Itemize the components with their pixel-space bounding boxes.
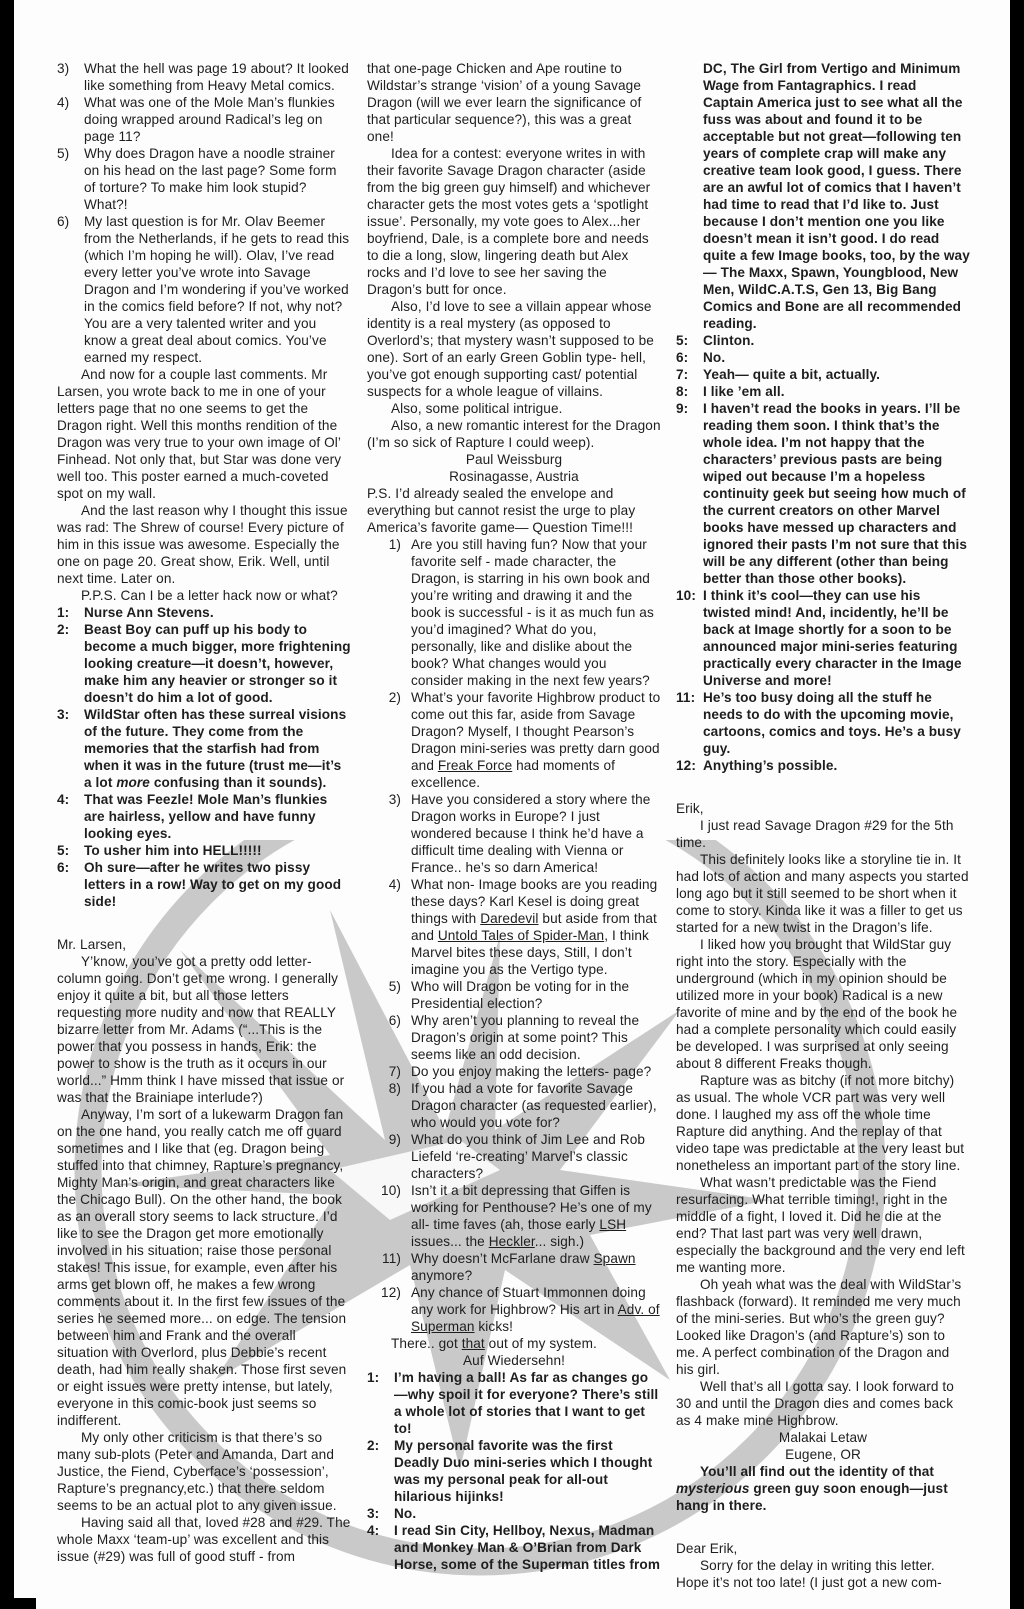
list-item-number: 8: [676,383,688,400]
text-block: 1:I’m having a ball! As far as changes g… [367,1369,661,1437]
text-run: that one-page Chicken and Ape routine to… [367,61,641,144]
list-item-number: 8) [367,1080,401,1097]
text-block: 2:My personal favorite was the first Dea… [367,1437,661,1505]
text-run: Dear Erik, [676,1541,737,1556]
page-edge-bar-left [0,0,14,1609]
text-block: I just read Savage Dragon #29 for the 5t… [676,817,970,851]
text-block: Mr. Larsen, [57,936,351,953]
text-run: If you had a vote for favorite Savage Dr… [411,1081,657,1130]
text-block: 10:I think it’s cool—they can use his tw… [676,587,970,689]
text-run: And the last reason why I thought this i… [57,503,348,586]
page-edge-bar-right [1010,0,1024,1609]
text-run: He’s too busy doing all the stuff he nee… [703,690,961,756]
text-block: And the last reason why I thought this i… [57,502,351,587]
text-run: What do you think of Jim Lee and Rob Lie… [411,1132,645,1181]
text-run: No. [394,1506,416,1521]
text-run: Y’know, you’ve got a pretty odd letter-c… [57,954,344,1105]
list-item-number: 6: [57,859,69,876]
text-block: 3)What the hell was page 19 about? It lo… [57,60,351,94]
text-block: that one-page Chicken and Ape routine to… [367,60,661,145]
text-block: Also, a new romantic interest for the Dr… [367,417,661,451]
text-run: Have you considered a story where the Dr… [411,792,650,875]
text-run: To usher him into HELL!!!!! [84,843,262,858]
text-run: What non- Image books are you reading th… [411,877,657,977]
text-block: 4:I read Sin City, Hellboy, Nexus, Madma… [367,1522,661,1573]
text-block: Malakai Letaw [676,1429,970,1446]
text-block: 2)What’s your favorite Highbrow product … [367,689,661,791]
text-run: Why aren’t you planning to reveal the Dr… [411,1013,639,1062]
text-run: Rapture was as bitchy (if not more bitch… [676,1073,964,1173]
text-run: Any chance of Stuart Immonnen doing any … [411,1285,660,1334]
text-block: Erik, [676,800,970,817]
paragraph-spacer [57,910,351,936]
list-item-number: 3: [367,1505,379,1522]
text-block: 3)Have you considered a story where the … [367,791,661,876]
text-block: 7:Yeah— quite a bit, actually. [676,366,970,383]
list-item-number: 3: [57,706,69,723]
text-block: Dear Erik, [676,1540,970,1557]
list-item-number: 4: [367,1522,379,1539]
text-run: Also, I’d love to see a villain appear w… [367,299,654,399]
text-block: 6:No. [676,349,970,366]
text-run: What’s your favorite Highbrow product to… [411,690,660,790]
text-block: Paul Weissburg [367,451,661,468]
text-run: And now for a couple last comments. Mr L… [57,367,341,501]
text-run: You’ll all find out the identity of that… [676,1464,948,1513]
text-block: Rapture was as bitchy (if not more bitch… [676,1072,970,1174]
text-block: 12:Anything’s possible. [676,757,970,774]
text-block: Also, some political intrigue. [367,400,661,417]
text-block: 6)My last question is for Mr. Olav Beeme… [57,213,351,366]
text-run: Auf Wiedersehn! [463,1353,565,1368]
text-block: 7)Do you enjoy making the letters- page? [367,1063,661,1080]
text-run: Isn’t it a bit depressing that Giffen is… [411,1183,652,1249]
list-item-number: 7: [676,366,688,383]
text-column-center: that one-page Chicken and Ape routine to… [367,60,661,1573]
text-block: P.S. I’d already sealed the envelope and… [367,485,661,536]
paragraph-spacer [676,774,970,800]
text-block: Eugene, OR [676,1446,970,1463]
text-block: This definitely looks like a storyline t… [676,851,970,936]
text-block: 11:He’s too busy doing all the stuff he … [676,689,970,757]
text-run: Also, a new romantic interest for the Dr… [367,418,661,450]
list-item-number: 12: [676,757,696,774]
text-run: My personal favorite was the first Deadl… [394,1438,652,1504]
text-run: That was Feezle! Mole Man’s flunkies are… [84,792,327,841]
text-run: I like ’em all. [703,384,785,399]
text-run: My last question is for Mr. Olav Beemer … [84,214,349,365]
list-item-number: 5) [367,978,401,995]
text-run: Yeah— quite a bit, actually. [703,367,880,382]
list-item-number: 1: [367,1369,379,1386]
text-run: I liked how you brought that WildStar gu… [676,937,957,1071]
text-block: Sorry for the delay in writing this lett… [676,1557,970,1591]
list-item-number: 9) [367,1131,401,1148]
list-item-number: 2: [367,1437,379,1454]
text-run: Oh sure—after he writes two pissy letter… [84,860,341,909]
text-block: Rosinagasse, Austria [367,468,661,485]
text-block: 8:I like ’em all. [676,383,970,400]
text-block: Oh yeah what was the deal with WildStar’… [676,1276,970,1378]
text-run: DC, The Girl from Vertigo and Minimum Wa… [703,61,970,331]
text-block: I liked how you brought that WildStar gu… [676,936,970,1072]
list-item-number: 9: [676,400,688,417]
text-block: My only other criticism is that there’s … [57,1429,351,1514]
text-run: Oh yeah what was the deal with WildStar’… [676,1277,961,1377]
text-block: 11)Why doesn’t McFarlane draw Spawn anym… [367,1250,661,1284]
text-block: DC, The Girl from Vertigo and Minimum Wa… [676,60,970,332]
paragraph-spacer [676,1514,970,1540]
text-run: No. [703,350,725,365]
text-run: What wasn’t predictable was the Fiend re… [676,1175,965,1275]
list-item-number: 6: [676,349,688,366]
text-run: Beast Boy can puff up his body to become… [84,622,351,705]
text-block: 6:Oh sure—after he writes two pissy lett… [57,859,351,910]
list-item-number: 3) [367,791,401,808]
text-run: Idea for a contest: everyone writes in w… [367,146,650,297]
text-run: P.P.S. Can I be a letter hack now or wha… [81,588,338,603]
list-item-number: 2) [367,689,401,706]
list-item-number: 12) [367,1284,401,1301]
text-block: P.P.S. Can I be a letter hack now or wha… [57,587,351,604]
text-run: I just read Savage Dragon #29 for the 5t… [676,818,953,850]
text-run: Anything’s possible. [703,758,837,773]
text-block: 8)If you had a vote for favorite Savage … [367,1080,661,1131]
text-run: Why doesn’t McFarlane draw Spawn anymore… [411,1251,636,1283]
text-run: I haven’t read the books in years. I’ll … [703,401,967,586]
list-item-number: 10: [676,587,696,604]
text-run: I think it’s cool—they can use his twist… [703,588,962,688]
text-column-right: DC, The Girl from Vertigo and Minimum Wa… [676,60,970,1591]
text-run: What the hell was page 19 about? It look… [84,61,349,93]
text-block: 1:Nurse Ann Stevens. [57,604,351,621]
list-item-number: 6) [57,213,69,230]
text-block: Y’know, you’ve got a pretty odd letter-c… [57,953,351,1106]
text-run: Eugene, OR [785,1447,861,1462]
text-run: WildStar often has these surreal visions… [84,707,346,790]
text-run: I read Sin City, Hellboy, Nexus, Madman … [394,1523,660,1572]
text-run: Why does Dragon have a noodle strainer o… [84,146,337,212]
text-run: Nurse Ann Stevens. [84,605,214,620]
text-run: My only other criticism is that there’s … [57,1430,337,1513]
text-run: Erik, [676,801,704,816]
list-item-number: 1) [367,536,401,553]
text-block: And now for a couple last comments. Mr L… [57,366,351,502]
text-run: Rosinagasse, Austria [449,469,579,484]
text-run: Who will Dragon be voting for in the Pre… [411,979,629,1011]
text-run: Do you enjoy making the letters- page? [411,1064,651,1079]
list-item-number: 2: [57,621,69,638]
text-block: Idea for a contest: everyone writes in w… [367,145,661,298]
text-run: Well that’s all I gotta say. I look forw… [676,1379,954,1428]
list-item-number: 10) [367,1182,401,1199]
text-block: 5:Clinton. [676,332,970,349]
text-run: Malakai Letaw [779,1430,867,1445]
list-item-number: 4: [57,791,69,808]
list-item-number: 5: [57,842,69,859]
list-item-number: 5: [676,332,688,349]
list-item-number: 4) [57,94,69,111]
text-run: P.S. I’d already sealed the envelope and… [367,486,635,535]
text-block: 5)Who will Dragon be voting for in the P… [367,978,661,1012]
text-block: 4:That was Feezle! Mole Man’s flunkies a… [57,791,351,842]
text-block: 6)Why aren’t you planning to reveal the … [367,1012,661,1063]
text-block: 5)Why does Dragon have a noodle strainer… [57,145,351,213]
text-block: 9)What do you think of Jim Lee and Rob L… [367,1131,661,1182]
text-run: I’m having a ball! As far as changes go—… [394,1370,658,1436]
text-block: What wasn’t predictable was the Fiend re… [676,1174,970,1276]
text-run: Paul Weissburg [466,452,562,467]
text-block: 1)Are you still having fun? Now that you… [367,536,661,689]
text-run: Sorry for the delay in writing this lett… [676,1558,942,1590]
text-block: 3:No. [367,1505,661,1522]
list-item-number: 11: [676,689,695,706]
text-block: 2:Beast Boy can puff up his body to beco… [57,621,351,706]
text-block: 5:To usher him into HELL!!!!! [57,842,351,859]
text-run: This definitely looks like a storyline t… [676,852,969,935]
text-block: Having said all that, loved #28 and #29.… [57,1514,351,1565]
list-item-number: 1: [57,604,69,621]
text-run: Clinton. [703,333,754,348]
text-block: Auf Wiedersehn! [367,1352,661,1369]
list-item-number: 5) [57,145,69,162]
text-block: Also, I’d love to see a villain appear w… [367,298,661,400]
text-run: What was one of the Mole Man’s flunkies … [84,95,335,144]
list-item-number: 4) [367,876,401,893]
text-block: 9:I haven’t read the books in years. I’l… [676,400,970,587]
text-block: 4)What non- Image books are you reading … [367,876,661,978]
text-block: You’ll all find out the identity of that… [676,1463,970,1514]
text-block: Anyway, I’m sort of a lukewarm Dragon fa… [57,1106,351,1429]
text-block: There.. got that out of my system. [367,1335,661,1352]
list-item-number: 11) [367,1250,401,1267]
text-block: 3:WildStar often has these surreal visio… [57,706,351,791]
text-run: Also, some political intrigue. [391,401,563,416]
text-block: 10)Isn’t it a bit depressing that Giffen… [367,1182,661,1250]
list-item-number: 7) [367,1063,401,1080]
text-run: There.. got that out of my system. [391,1336,597,1351]
text-block: 4)What was one of the Mole Man’s flunkie… [57,94,351,145]
text-run: Anyway, I’m sort of a lukewarm Dragon fa… [57,1107,346,1428]
list-item-number: 6) [367,1012,401,1029]
letters-page: 3)What the hell was page 19 about? It lo… [0,0,1024,1609]
page-corner-mark [0,1598,36,1609]
text-block: 12)Any chance of Stuart Immonnen doing a… [367,1284,661,1335]
list-item-number: 3) [57,60,69,77]
text-block: Well that’s all I gotta say. I look forw… [676,1378,970,1429]
text-column-left: 3)What the hell was page 19 about? It lo… [57,60,351,1565]
text-run: Mr. Larsen, [57,937,126,952]
text-run: Are you still having fun? Now that your … [411,537,654,688]
text-run: Having said all that, loved #28 and #29.… [57,1515,350,1564]
